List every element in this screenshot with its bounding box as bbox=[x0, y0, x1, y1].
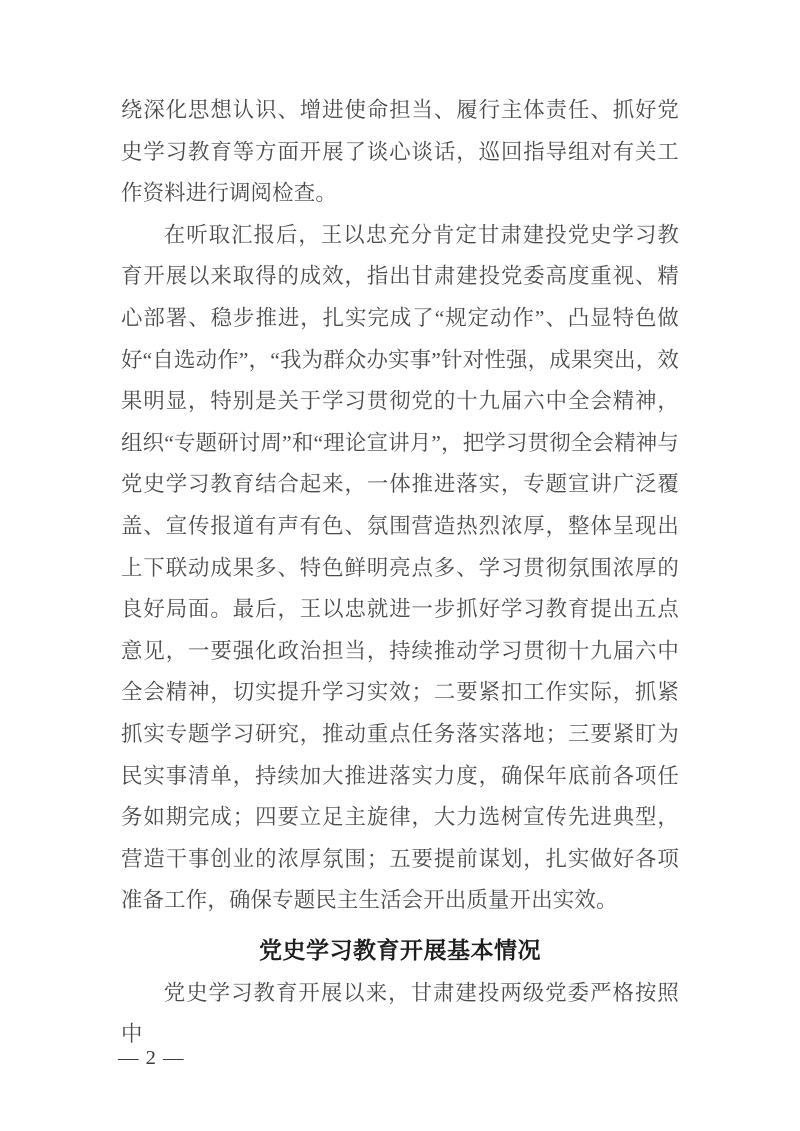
paragraph-continued: 绕深化思想认识、增进使命担当、履行主体责任、抓好党史学习教育等方面开展了谈心谈话… bbox=[121, 90, 679, 215]
page-number: — 2 — bbox=[118, 1046, 185, 1070]
paragraph-after-heading: 党史学习教育开展以来，甘肃建投两级党委严格按照中 bbox=[121, 973, 679, 1056]
document-page: 绕深化思想认识、增进使命担当、履行主体责任、抓好党史学习教育等方面开展了谈心谈话… bbox=[0, 0, 800, 1131]
section-heading: 党史学习教育开展基本情况 bbox=[121, 929, 679, 971]
paragraph-main: 在听取汇报后，王以忠充分肯定甘肃建投党史学习教育开展以来取得的成效，指出甘肃建投… bbox=[121, 215, 679, 922]
page-body: 绕深化思想认识、增进使命担当、履行主体责任、抓好党史学习教育等方面开展了谈心谈话… bbox=[121, 90, 679, 1056]
